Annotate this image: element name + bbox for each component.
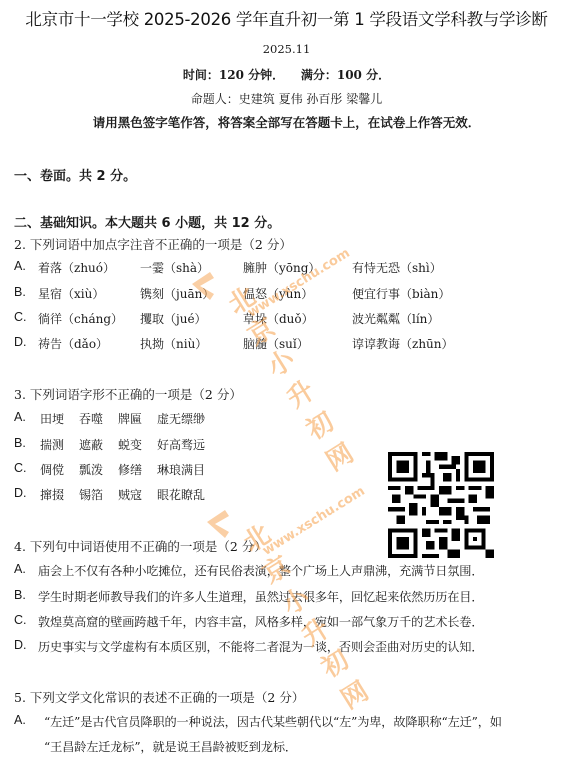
option-item: 草垛（duǒ） [243,310,314,327]
option-letter: B. [14,285,26,299]
question-3-stem: 3. 下列词语字形不正确的一项是（2 分） [14,385,242,403]
question-2-option-a: A. 着落（zhuó） 一霎（shà） 臃肿（yōng） 有恃无恐（shì） [0,259,573,279]
option-item: 修缮 [118,461,142,478]
section-two-heading: 二、基础知识。本大题共 6 小题，共 12 分。 [14,212,280,231]
question-3-option-d: D. 撺掇 锡箔 贼寇 眼花瞭乱 [0,486,380,506]
option-letter: C. [14,613,27,627]
option-item: 执拗（niù） [140,335,207,352]
option-text: 历史事实与文学虚构有本质区别，不能将二者混为一谈，否则会歪曲对历史的认知． [38,638,483,655]
exam-authors: 命题人：史建筑 夏伟 孙百彤 梁馨儿 [0,90,573,107]
option-item: 谆谆教诲（zhūn） [352,335,454,352]
option-item: 遮蔽 [79,436,103,453]
option-item: 好高骛远 [157,436,205,453]
option-item: 徜徉（cháng） [38,310,123,327]
option-text-line-2: “王昌龄左迁龙标”，就是说王昌龄被贬到龙标． [44,738,297,755]
option-letter: D. [14,638,27,652]
option-item: 着落（zhuó） [38,259,115,276]
option-item: 倜傥 [40,461,64,478]
option-item: 便宜行事（biàn） [352,285,450,302]
question-4-option-d: D. 历史事实与文学虚构有本质区别，不能将二者混为一谈，否则会歪曲对历史的认知． [0,638,573,658]
option-letter: A. [14,410,26,424]
question-3-option-b: B. 揣测 遮蔽 蜕变 好高骛远 [0,436,380,456]
option-item: 愠怒（yùn） [243,285,313,302]
option-text-line-1: “左迁”是古代官员降职的一种说法，因古代某些朝代以“左”为卑，故降职称“左迁”，… [44,713,502,730]
question-4-option-b: B. 学生时期老师教导我们的许多人生道理，虽然过去很多年，回忆起来依然历历在目． [0,588,573,608]
question-2-option-b: B. 星宿（xiù） 镌刻（juān） 愠怒（yùn） 便宜行事（biàn） [0,285,573,305]
section-one-heading: 一、卷面。共 2 分。 [14,165,136,184]
option-item: 眼花瞭乱 [157,486,205,503]
option-item: 有恃无恐（shì） [352,259,442,276]
question-4-option-c: C. 敦煌莫高窟的壁画跨越千年，内容丰富，风格多样，宛如一部气象万千的艺术长卷． [0,613,573,633]
question-4-stem: 4. 下列句中词语使用不正确的一项是（2 分） [14,537,267,555]
option-letter: B. [14,588,26,602]
question-5-option-a: A. “左迁”是古代官员降职的一种说法，因古代某些朝代以“左”为卑，故降职称“左… [0,713,573,758]
option-item: 祷告（dǎo） [38,335,108,352]
option-letter: A. [14,713,26,727]
qr-code [388,452,494,558]
option-letter: D. [14,335,27,349]
option-item: 撺掇 [40,486,64,503]
option-item: 牌匾 [118,410,142,427]
option-item: 蜕变 [118,436,142,453]
option-letter: D. [14,486,27,500]
option-item: 田埂 [40,410,64,427]
exam-title: 北京市十一学校 2025-2026 学年直升初一第 1 学段语文学科教与学诊断 [0,6,573,30]
option-item: 虚无缥缈 [157,410,205,427]
option-item: 贼寇 [118,486,142,503]
option-letter: C. [14,310,27,324]
option-text: 学生时期老师教导我们的许多人生道理，虽然过去很多年，回忆起来依然历历在目． [38,588,483,605]
option-letter: B. [14,436,26,450]
question-2-stem: 2. 下列词语中加点字注音不正确的一项是（2 分） [14,235,292,253]
option-item: 臃肿（yōng） [243,259,320,276]
exam-date: 2025.11 [0,42,573,56]
qr-code-icon [388,452,494,558]
option-item: 波光粼粼（lín） [352,310,439,327]
option-item: 揣测 [40,436,64,453]
question-5-stem: 5. 下列文学文化常识的表述不正确的一项是（2 分） [14,688,304,706]
option-item: 攫取（jué） [140,310,207,327]
option-text: 敦煌莫高窟的壁画跨越千年，内容丰富，风格多样，宛如一部气象万千的艺术长卷． [38,613,483,630]
option-item: 锡箔 [79,486,103,503]
option-text: 庙会上不仅有各种小吃摊位，还有民俗表演，整个广场上人声鼎沸，充满节日氛围． [38,562,483,579]
option-item: 脑髓（suǐ） [243,335,309,352]
exam-meta: 时间：120 分钟． 满分：100 分． [0,66,573,83]
option-letter: A. [14,562,26,576]
watermark-logo-icon [205,508,245,538]
question-2-option-c: C. 徜徉（cháng） 攫取（jué） 草垛（duǒ） 波光粼粼（lín） [0,310,573,330]
option-item: 星宿（xiù） [38,285,104,302]
option-item: 琳琅满目 [157,461,205,478]
option-item: 瓢泼 [79,461,103,478]
option-item: 一霎（shà） [140,259,209,276]
question-4-option-a: A. 庙会上不仅有各种小吃摊位，还有民俗表演，整个广场上人声鼎沸，充满节日氛围． [0,562,573,582]
question-3-option-a: A. 田埂 吞噬 牌匾 虚无缥缈 [0,410,380,430]
question-3-option-c: C. 倜傥 瓢泼 修缮 琳琅满目 [0,461,380,481]
time-limit: 时间：120 分钟． [183,68,284,82]
full-score: 满分：100 分． [301,68,390,82]
option-letter: A. [14,259,26,273]
option-item: 镌刻（juān） [140,285,214,302]
exam-instruction: 请用黑色签字笔作答，将答案全部写在答题卡上，在试卷上作答无效． [0,113,573,131]
option-item: 吞噬 [79,410,103,427]
option-letter: C. [14,461,27,475]
question-2-option-d: D. 祷告（dǎo） 执拗（niù） 脑髓（suǐ） 谆谆教诲（zhūn） [0,335,573,355]
